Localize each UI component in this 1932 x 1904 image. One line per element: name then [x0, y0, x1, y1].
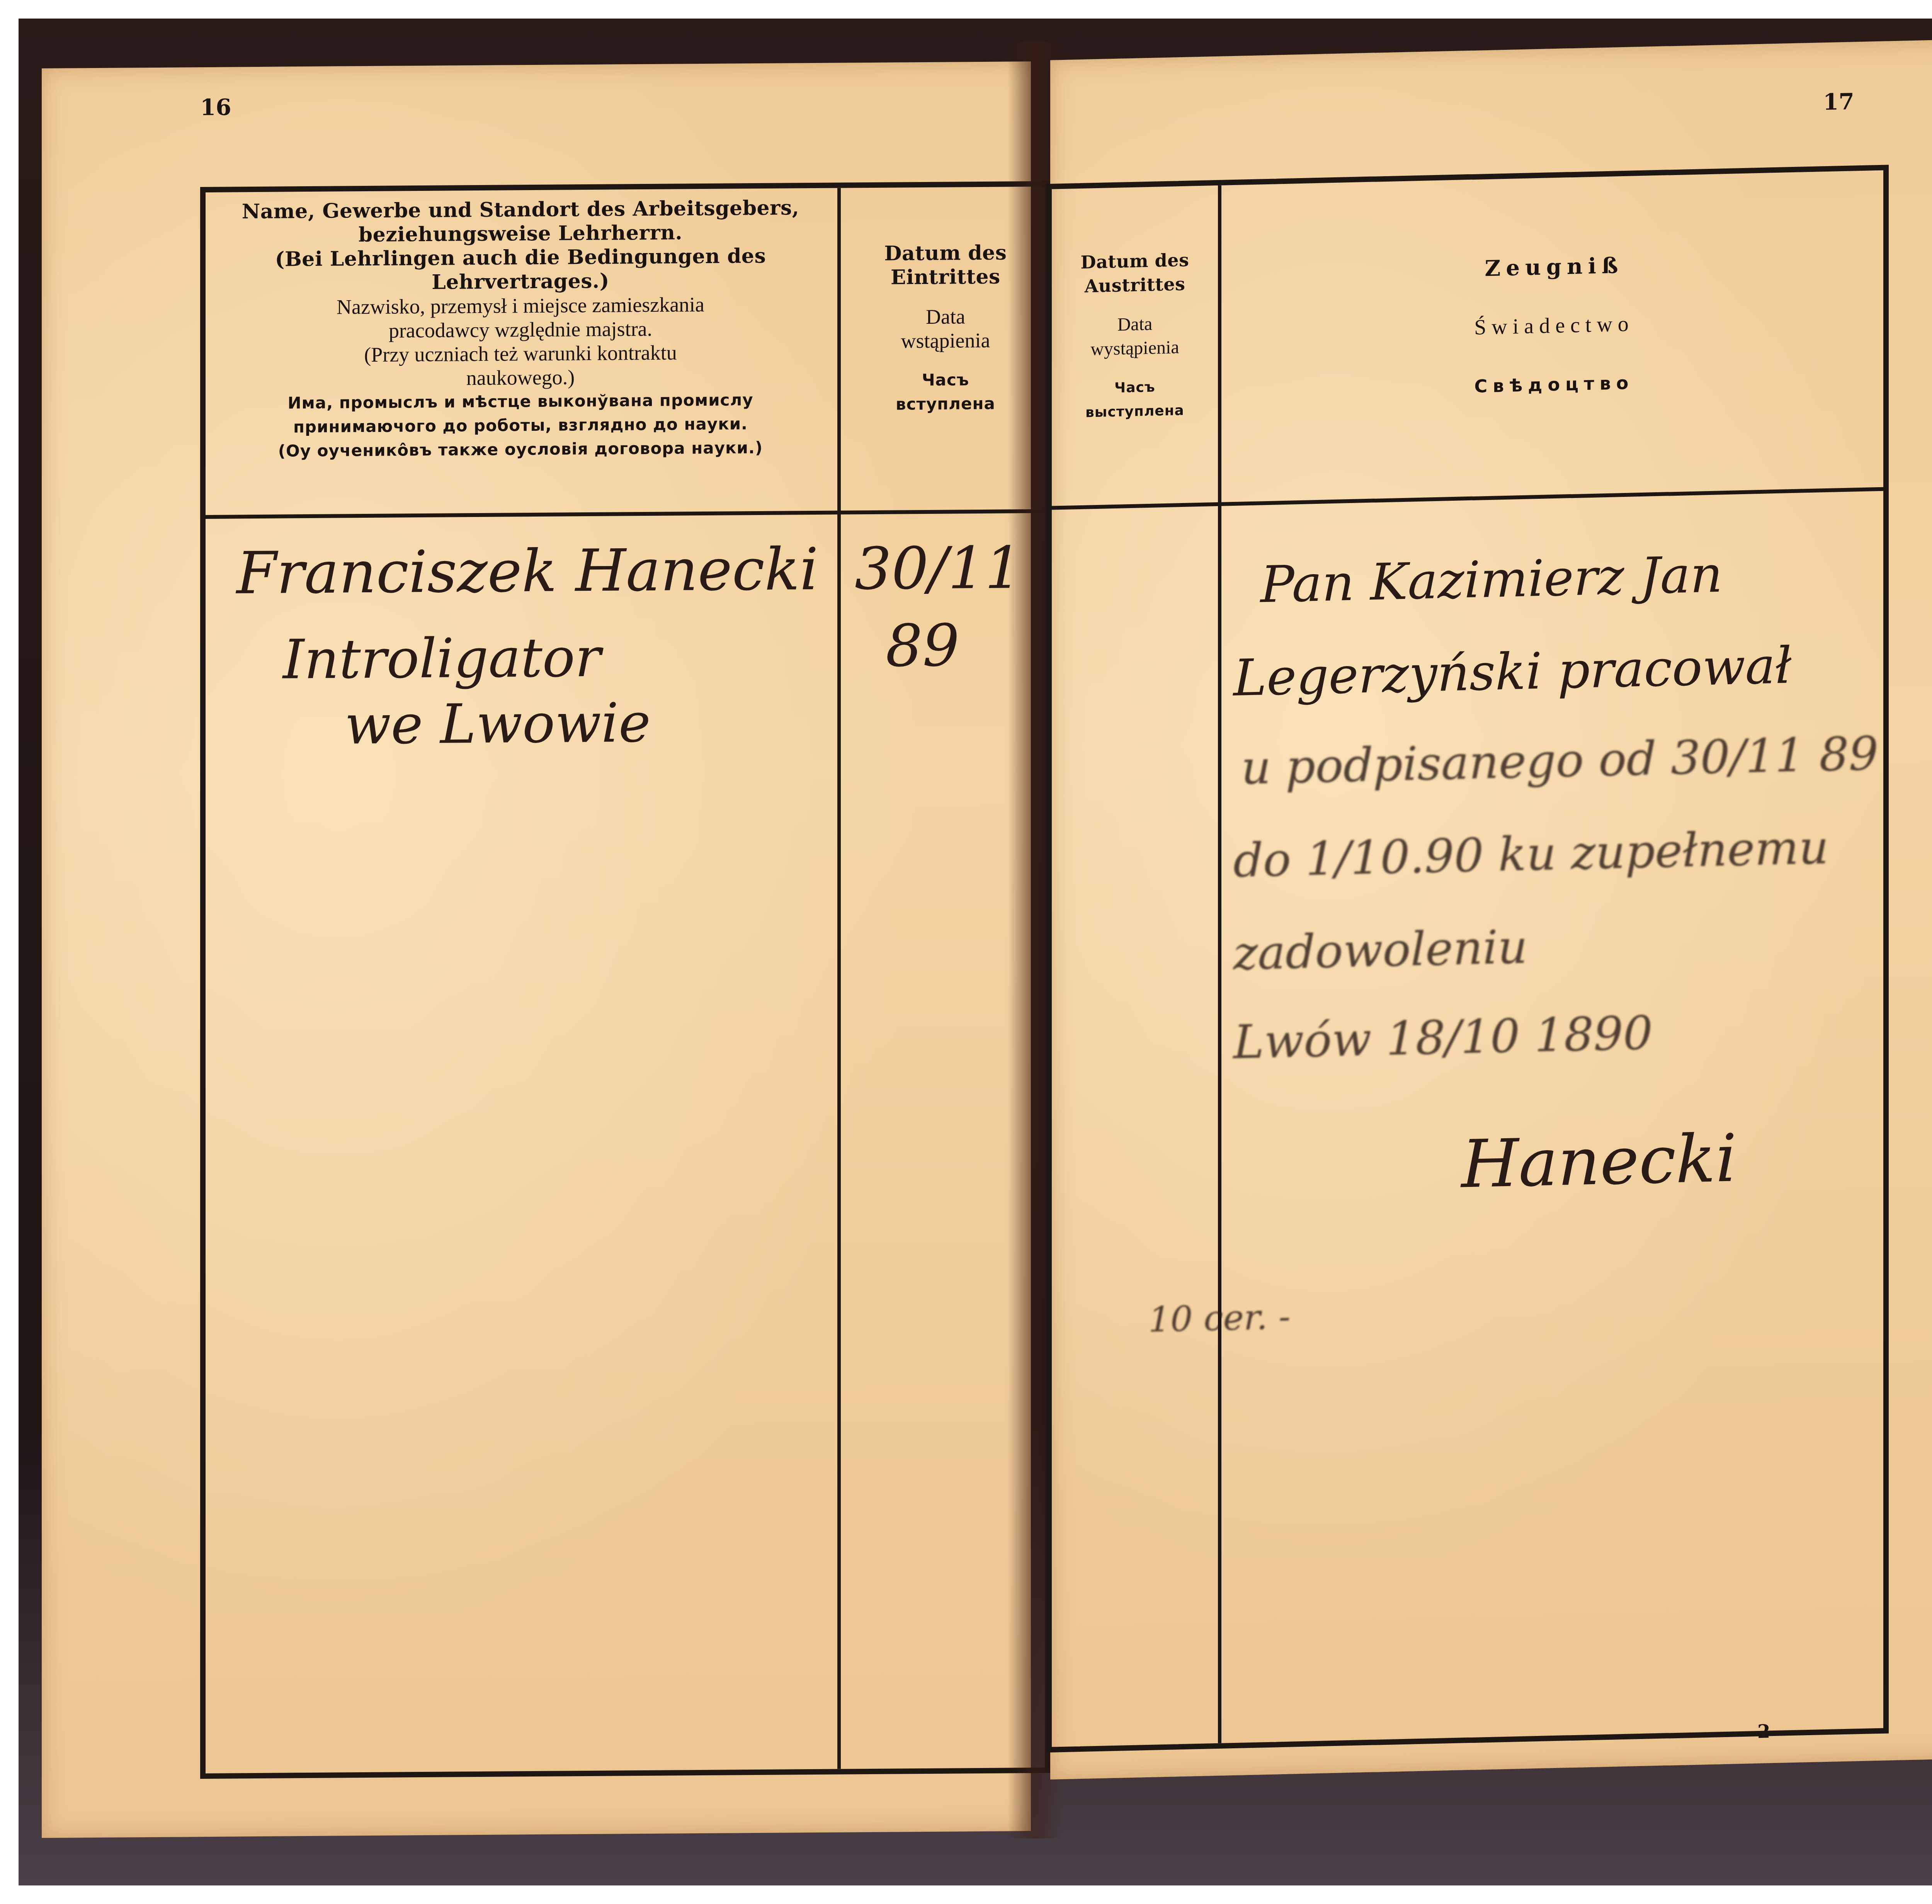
right-page: 17 Datum des Austrittes Data wystąpienia… [1050, 39, 1932, 1779]
exit-date-column-header: Datum des Austrittes Data wystąpienia Ча… [1052, 247, 1218, 426]
entry-date-year: 89 [886, 612, 959, 680]
header-divider [1052, 487, 1883, 510]
employment-table-left: Name, Gewerbe und Standort des Arbeitsge… [200, 181, 1050, 1779]
certificate-table-right: Datum des Austrittes Data wystąpienia Ча… [1046, 165, 1889, 1752]
certificate-line-4: do 1/10.90 ku zupełnemu [1233, 821, 1828, 888]
header-divider [206, 509, 1045, 519]
employer-trade: Introligator [283, 626, 601, 692]
book-scan: 16 Name, Gewerbe und Standort des Arbeit… [19, 19, 1932, 1885]
employer-name: Franciszek Hanecki [236, 536, 818, 607]
page-number-left: 16 [200, 94, 231, 121]
entry-date-day-month: 30/11 [855, 534, 1022, 603]
certificate-line-2: Legerzyński pracował [1233, 636, 1791, 707]
certificate-line-1: Pan Kazimierz Jan [1260, 545, 1723, 614]
page-number-right: 17 [1823, 88, 1854, 115]
employer-signature: Hanecki [1461, 1120, 1736, 1203]
left-page: 16 Name, Gewerbe und Standort des Arbeit… [42, 61, 1031, 1838]
certificate-place-date: Lwów 18/10 1890 [1233, 1006, 1653, 1069]
column-divider [837, 188, 841, 1769]
certificate-line-5: zadowoleniu [1233, 920, 1527, 981]
employer-column-header: Name, Gewerbe und Standort des Arbeitsge… [209, 196, 832, 464]
certificate-column-header: Zeugniß Świadectwo Свѣдоцтво [1226, 248, 1883, 404]
signature-mark: 2 [1757, 1720, 1770, 1742]
pencil-note: 10 cer. - [1148, 1297, 1291, 1340]
certificate-line-3: u podpisanego od 30/11 89 [1241, 727, 1878, 795]
column-divider [1218, 185, 1221, 1743]
employer-location: we Lwowie [345, 692, 651, 757]
